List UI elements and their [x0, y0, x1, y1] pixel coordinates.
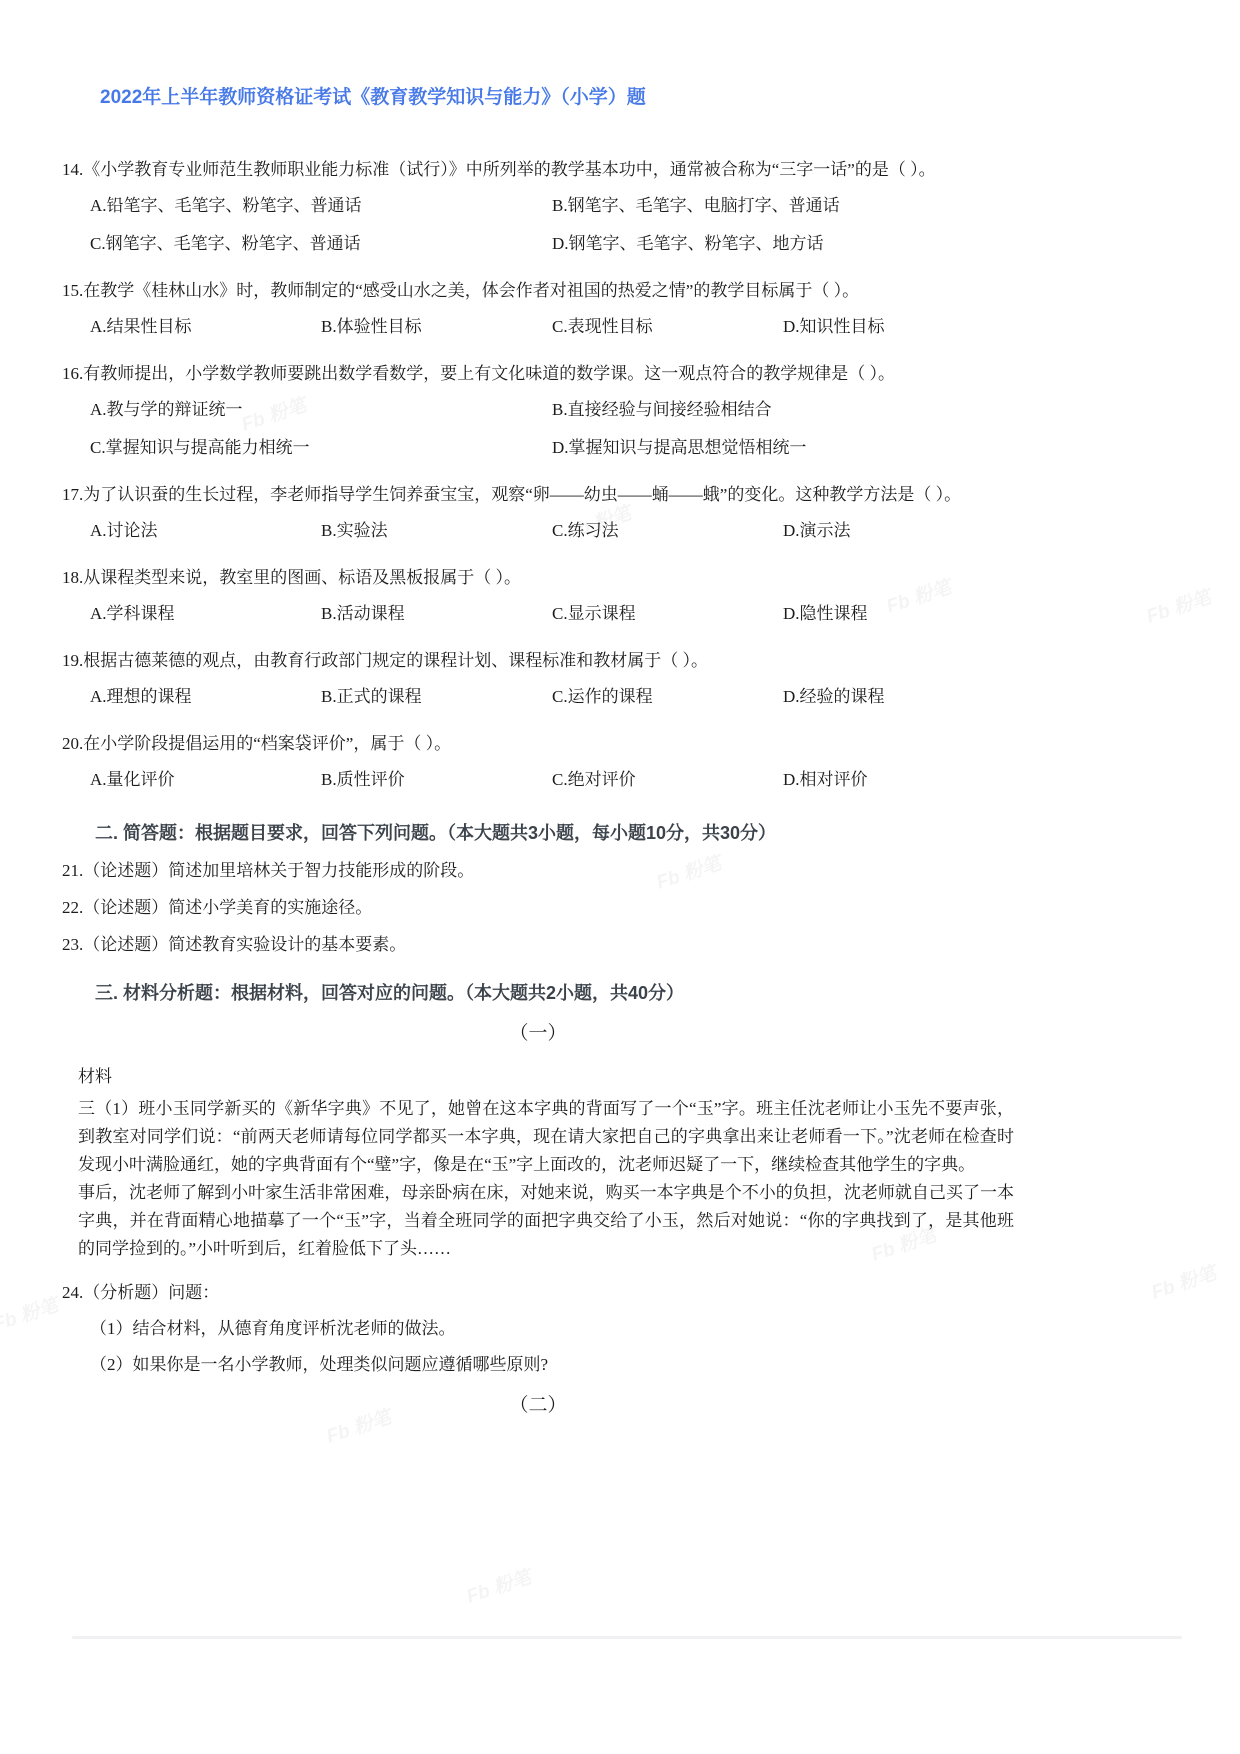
- question-17-options: A.讨论法 B.实验法 C.练习法 D.演示法: [62, 512, 1014, 550]
- question-number: 20.: [62, 734, 83, 753]
- question-18: 18.从课程类型来说，教室里的图画、标语及黑板报属于（ ）。 A.学科课程 B.…: [62, 564, 1014, 633]
- question-20: 20.在小学阶段提倡运用的“档案袋评价”，属于（ ）。 A.量化评价 B.质性评…: [62, 730, 1014, 799]
- option-b: B.体验性目标: [321, 308, 552, 346]
- footer-divider: [72, 1636, 1182, 1639]
- question-24-sub-1: （1）结合材料，从德育角度评析沈老师的做法。: [62, 1315, 1014, 1343]
- question-19-options: A.理想的课程 B.正式的课程 C.运作的课程 D.经验的课程: [62, 678, 1014, 716]
- question-number: 22.: [62, 898, 83, 917]
- question-number: 15.: [62, 281, 83, 300]
- option-b: B.实验法: [321, 512, 552, 550]
- question-text: （论述题）简述小学美育的实施途径。: [83, 898, 372, 917]
- question-number: 16.: [62, 364, 83, 383]
- option-c: C.绝对评价: [552, 761, 783, 799]
- question-22: 22.（论述题）简述小学美育的实施途径。: [62, 894, 1014, 922]
- question-number: 18.: [62, 568, 83, 587]
- document-page: 2022年上半年教师资格证考试《教育教学知识与能力》（小学）题 14.《小学教育…: [0, 0, 1240, 1421]
- section-3-heading: 三. 材料分析题：根据材料，回答对应的问题。（本大题共2小题，共40分）: [95, 979, 1014, 1007]
- question-text: （论述题）简述教育实验设计的基本要素。: [83, 935, 406, 954]
- watermark: Fb 粉笔: [462, 1562, 534, 1608]
- question-number: 21.: [62, 861, 83, 880]
- option-b: B.活动课程: [321, 595, 552, 633]
- option-c: C.练习法: [552, 512, 783, 550]
- material-paragraph-1: 三（1）班小玉同学新买的《新华字典》不见了，她曾在这本字典的背面写了一个“玉”字…: [62, 1095, 1014, 1179]
- part-1-label: （一）: [62, 1019, 1014, 1049]
- question-24: 24.（分析题）问题： （1）结合材料，从德育角度评析沈老师的做法。 （2）如果…: [62, 1279, 1014, 1379]
- material-passage: 三（1）班小玉同学新买的《新华字典》不见了，她曾在这本字典的背面写了一个“玉”字…: [62, 1095, 1014, 1263]
- question-text: 《小学教育专业师范生教师职业能力标准（试行）》中所列举的教学基本功中，通常被合称…: [83, 160, 935, 179]
- question-text: 根据古德莱德的观点，由教育行政部门规定的课程计划、课程标准和教材属于（ ）。: [83, 651, 708, 670]
- question-16: 16.有教师提出，小学数学教师要跳出数学看数学，要上有文化味道的数学课。这一观点…: [62, 360, 1014, 467]
- question-24-sub-2: （2）如果你是一名小学教师，处理类似问题应遵循哪些原则?: [62, 1351, 1014, 1379]
- option-d: D.钢笔字、毛笔字、粉笔字、地方话: [552, 225, 1014, 263]
- question-text: 从课程类型来说，教室里的图画、标语及黑板报属于（ ）。: [83, 568, 521, 587]
- option-c: C.显示课程: [552, 595, 783, 633]
- option-a: A.结果性目标: [90, 308, 321, 346]
- question-20-options: A.量化评价 B.质性评价 C.绝对评价 D.相对评价: [62, 761, 1014, 799]
- question-number: 24.: [62, 1283, 83, 1302]
- question-number: 23.: [62, 935, 83, 954]
- question-18-options: A.学科课程 B.活动课程 C.显示课程 D.隐性课程: [62, 595, 1014, 633]
- option-d: D.掌握知识与提高思想觉悟相统一: [552, 429, 1014, 467]
- question-23: 23.（论述题）简述教育实验设计的基本要素。: [62, 931, 1014, 959]
- option-c: C.运作的课程: [552, 678, 783, 716]
- question-21: 21.（论述题）简述加里培林关于智力技能形成的阶段。: [62, 857, 1014, 885]
- option-b: B.质性评价: [321, 761, 552, 799]
- option-a: A.学科课程: [90, 595, 321, 633]
- question-number: 14.: [62, 160, 83, 179]
- option-a: A.教与学的辩证统一: [90, 391, 552, 429]
- question-15: 15.在教学《桂林山水》时，教师制定的“感受山水之美，体会作者对祖国的热爱之情”…: [62, 277, 1014, 346]
- option-c: C.钢笔字、毛笔字、粉笔字、普通话: [90, 225, 552, 263]
- question-text: 有教师提出，小学数学教师要跳出数学看数学，要上有文化味道的数学课。这一观点符合的…: [83, 364, 895, 383]
- option-b: B.直接经验与间接经验相结合: [552, 391, 1014, 429]
- option-a: A.铅笔字、毛笔字、粉笔字、普通话: [90, 187, 552, 225]
- question-15-options: A.结果性目标 B.体验性目标 C.表现性目标 D.知识性目标: [62, 308, 1014, 346]
- material-paragraph-2: 事后，沈老师了解到小叶家生活非常困难，母亲卧病在床，对她来说，购买一本字典是个不…: [62, 1179, 1014, 1263]
- option-a: A.理想的课程: [90, 678, 321, 716]
- question-text: 在教学《桂林山水》时，教师制定的“感受山水之美，体会作者对祖国的热爱之情”的教学…: [83, 281, 859, 300]
- material-label: 材料: [62, 1063, 1014, 1091]
- option-b: B.正式的课程: [321, 678, 552, 716]
- question-text: （论述题）简述加里培林关于智力技能形成的阶段。: [83, 861, 474, 880]
- option-d: D.经验的课程: [783, 678, 1014, 716]
- section-2-heading: 二. 简答题：根据题目要求，回答下列问题。（本大题共3小题，每小题10分，共30…: [95, 819, 1014, 847]
- option-c: C.表现性目标: [552, 308, 783, 346]
- option-b: B.钢笔字、毛笔字、电脑打字、普通话: [552, 187, 1014, 225]
- option-a: A.量化评价: [90, 761, 321, 799]
- question-19: 19.根据古德莱德的观点，由教育行政部门规定的课程计划、课程标准和教材属于（ ）…: [62, 647, 1014, 716]
- page-title: 2022年上半年教师资格证考试《教育教学知识与能力》（小学）题: [100, 86, 1014, 110]
- question-number: 17.: [62, 485, 83, 504]
- option-d: D.知识性目标: [783, 308, 1014, 346]
- question-16-options: A.教与学的辩证统一 B.直接经验与间接经验相结合 C.掌握知识与提高能力相统一…: [62, 391, 1014, 467]
- option-a: A.讨论法: [90, 512, 321, 550]
- question-14-options: A.铅笔字、毛笔字、粉笔字、普通话 B.钢笔字、毛笔字、电脑打字、普通话 C.钢…: [62, 187, 1014, 263]
- question-text: 在小学阶段提倡运用的“档案袋评价”，属于（ ）。: [83, 734, 451, 753]
- question-number: 19.: [62, 651, 83, 670]
- question-lead: （分析题）问题：: [83, 1283, 219, 1302]
- question-14: 14.《小学教育专业师范生教师职业能力标准（试行）》中所列举的教学基本功中，通常…: [62, 156, 1014, 263]
- option-c: C.掌握知识与提高能力相统一: [90, 429, 552, 467]
- option-d: D.演示法: [783, 512, 1014, 550]
- option-d: D.相对评价: [783, 761, 1014, 799]
- option-d: D.隐性课程: [783, 595, 1014, 633]
- question-text: 为了认识蚕的生长过程，李老师指导学生饲养蚕宝宝，观察“卵——幼虫——蛹——蛾”的…: [83, 485, 961, 504]
- part-2-label: （二）: [62, 1391, 1014, 1421]
- question-17: 17.为了认识蚕的生长过程，李老师指导学生饲养蚕宝宝，观察“卵——幼虫——蛹——…: [62, 481, 1014, 550]
